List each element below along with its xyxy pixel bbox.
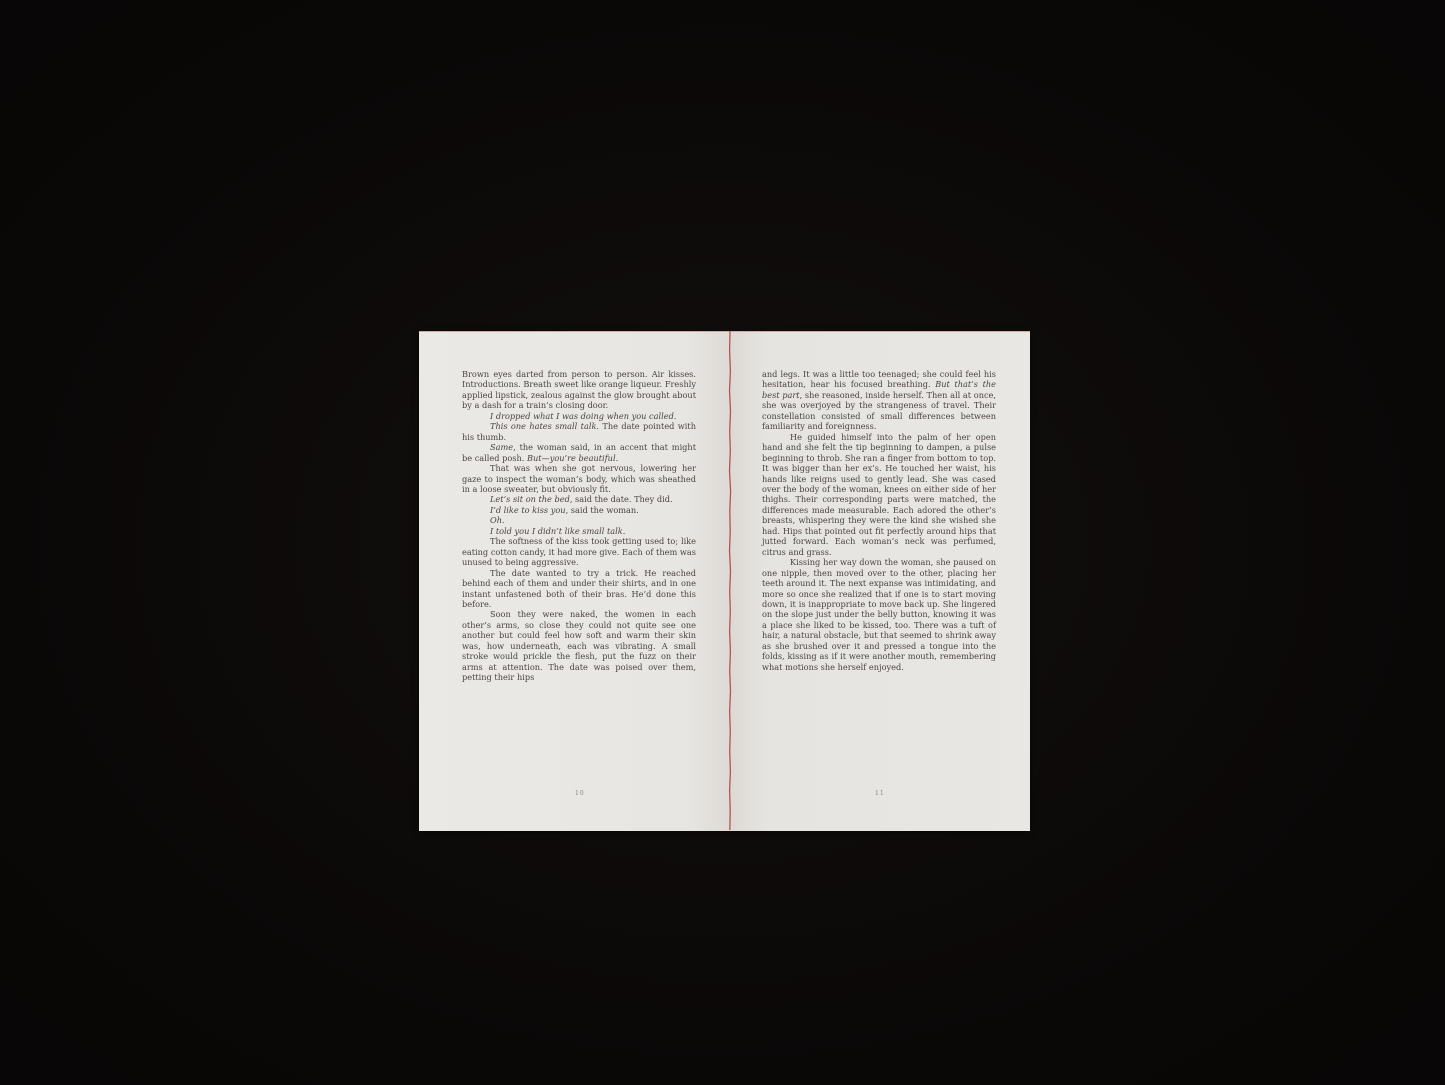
paragraph: Brown eyes darted from person to person.… xyxy=(462,369,696,411)
paragraph: That was when she got nervous, lowering … xyxy=(462,463,696,494)
italic-text: Oh. xyxy=(490,515,505,525)
paragraph: I told you I didn’t like small talk. xyxy=(462,526,696,536)
left-page: Brown eyes darted from person to person.… xyxy=(419,331,730,831)
paragraph: I dropped what I was doing when you call… xyxy=(462,411,696,421)
paragraph: Soon they were naked, the women in each … xyxy=(462,609,696,682)
body-text: , said the date. They did. xyxy=(570,494,673,504)
italic-text: I told you I didn’t like small talk. xyxy=(490,526,625,536)
right-page-text: and legs. It was a little too teenaged; … xyxy=(762,369,996,672)
body-text: The softness of the kiss took getting us… xyxy=(462,536,696,567)
left-page-text: Brown eyes darted from person to person.… xyxy=(462,369,696,683)
open-book: Brown eyes darted from person to person.… xyxy=(419,331,1030,830)
paragraph: I’d like to kiss you, said the woman. xyxy=(462,505,696,515)
italic-text: Same xyxy=(490,442,513,452)
italic-text: But—you’re beautiful. xyxy=(527,453,618,463)
body-text: He guided himself into the palm of her o… xyxy=(762,432,996,557)
paragraph: The softness of the kiss took getting us… xyxy=(462,536,696,567)
body-text: Soon they were naked, the women in each … xyxy=(462,609,696,682)
italic-text: I dropped what I was doing when you call… xyxy=(490,411,676,421)
paragraph: He guided himself into the palm of her o… xyxy=(762,432,996,557)
paragraph: This one hates small talk. The date poin… xyxy=(462,421,696,442)
paragraph: Oh. xyxy=(462,515,696,525)
paragraph: Kissing her way down the woman, she paus… xyxy=(762,557,996,672)
right-page: and legs. It was a little too teenaged; … xyxy=(730,331,1030,831)
italic-text: This one hates small talk. xyxy=(490,421,599,431)
binding-thread xyxy=(728,331,732,830)
paragraph: Same, the woman said, in an accent that … xyxy=(462,442,696,463)
italic-text: I’d like to kiss you xyxy=(490,505,566,515)
paragraph: Let’s sit on the bed, said the date. The… xyxy=(462,494,696,504)
body-text: That was when she got nervous, lowering … xyxy=(462,463,696,494)
right-page-number: 11 xyxy=(875,790,885,797)
body-text: , said the woman. xyxy=(566,505,639,515)
paragraph: and legs. It was a little too teenaged; … xyxy=(762,369,996,432)
italic-text: Let’s sit on the bed xyxy=(490,494,570,504)
body-text: Brown eyes darted from person to person.… xyxy=(462,369,696,410)
body-text: Kissing her way down the woman, she paus… xyxy=(762,557,996,672)
paragraph: The date wanted to try a trick. He reach… xyxy=(462,568,696,610)
body-text: The date wanted to try a trick. He reach… xyxy=(462,568,696,609)
left-page-number: 10 xyxy=(575,790,585,797)
